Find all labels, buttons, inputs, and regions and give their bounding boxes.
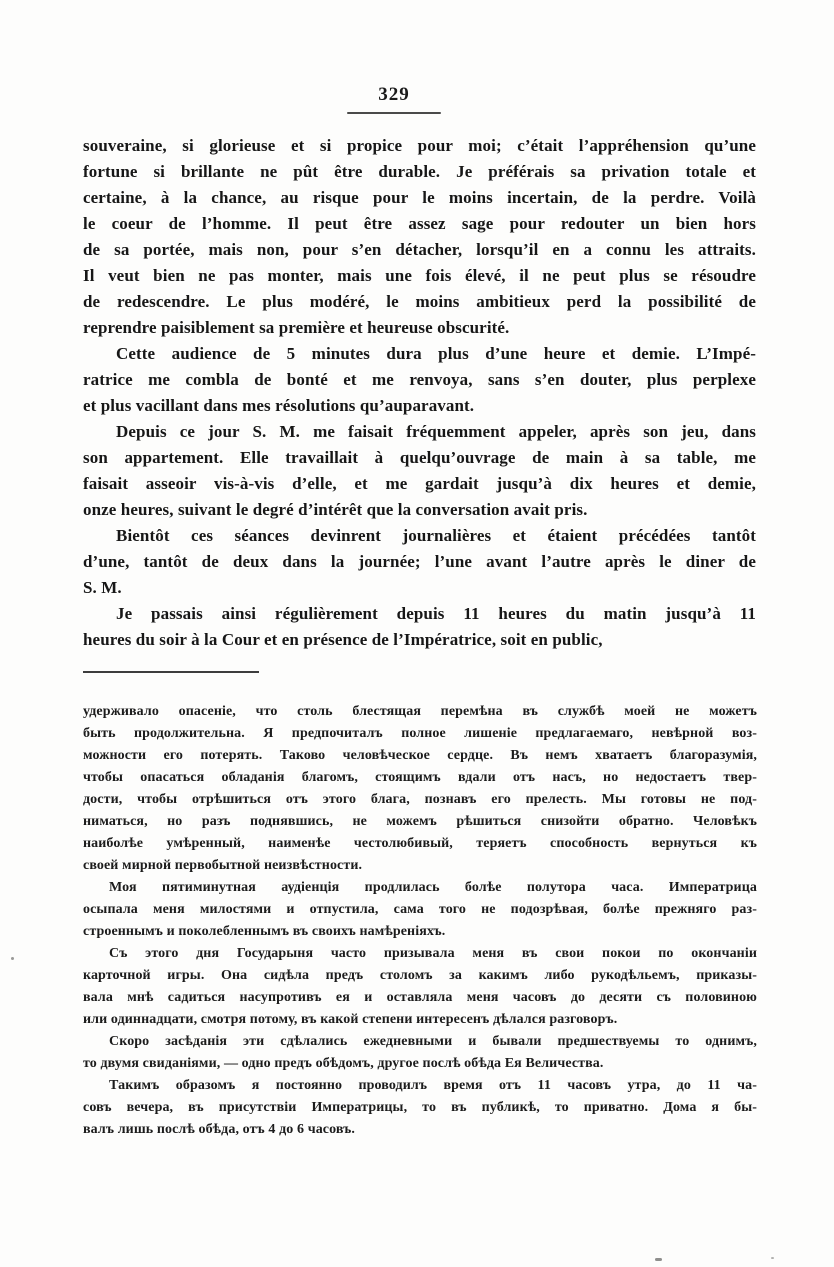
- scanned-book-page: 329 souveraine, si glorieuse et si propi…: [0, 0, 834, 1267]
- text-line: le coeur de l’homme. Il peut être assez …: [83, 211, 756, 237]
- text-line: son appartement. Elle travaillait à quel…: [83, 445, 756, 471]
- text-line: de sa portée, mais non, pour s’en détach…: [83, 237, 756, 263]
- text-line: Скоро засѣданія эти сдѣлались ежедневным…: [83, 1031, 757, 1053]
- text-line: удерживало опасеніе, что столь блестящая…: [83, 701, 757, 723]
- text-line: Съ этого дня Государыня часто призывала …: [83, 943, 757, 965]
- main-text-french: souveraine, si glorieuse et si propice p…: [83, 133, 756, 653]
- paragraph: souveraine, si glorieuse et si propice p…: [83, 133, 756, 341]
- text-line: d’une, tantôt de deux dans la journée; l…: [83, 549, 756, 575]
- page-number: 329: [337, 84, 451, 106]
- text-line: et plus vacillant dans mes résolutions q…: [83, 393, 756, 419]
- text-line: наиболѣе умѣренный, наименѣе честолюбивы…: [83, 833, 757, 855]
- footnote-separator: [83, 671, 259, 673]
- text-line: faisait asseoir vis-à-vis d’elle, et me …: [83, 471, 756, 497]
- page-number-rule: [347, 112, 441, 114]
- text-line: certaine, à la chance, au risque pour le…: [83, 185, 756, 211]
- text-line: Моя пятиминутная аудіенція продлилась бо…: [83, 877, 757, 899]
- paragraph: удерживало опасеніе, что столь блестящая…: [83, 701, 757, 877]
- text-line: ratrice me combla de bonté et me renvoya…: [83, 367, 756, 393]
- text-line: то двумя свиданіями, — одно предъ обѣдом…: [83, 1053, 757, 1075]
- text-line: reprendre paisiblement sa première et he…: [83, 315, 756, 341]
- text-line: Il veut bien ne pas monter, mais une foi…: [83, 263, 756, 289]
- text-line: или одиннадцати, смотря потому, въ какой…: [83, 1009, 757, 1031]
- text-line: вала мнѣ садиться насупротивъ ея и остав…: [83, 987, 757, 1009]
- paragraph: Depuis ce jour S. M. me faisait fréquemm…: [83, 419, 756, 523]
- footnote-text-russian: удерживало опасеніе, что столь блестящая…: [83, 701, 757, 1141]
- text-line: валъ лишь послѣ обѣда, отъ 4 до 6 часовъ…: [83, 1119, 757, 1141]
- paragraph: Моя пятиминутная аудіенція продлилась бо…: [83, 877, 757, 943]
- text-line: своей мирной первобытной неизвѣстности.: [83, 855, 757, 877]
- text-line: быть продолжительна. Я предпочиталъ полн…: [83, 723, 757, 745]
- text-line: Depuis ce jour S. M. me faisait fréquemm…: [83, 419, 756, 445]
- text-line: souveraine, si glorieuse et si propice p…: [83, 133, 756, 159]
- text-line: heures du soir à la Cour et en présence …: [83, 627, 756, 653]
- text-line: fortune si brillante ne pût être durable…: [83, 159, 756, 185]
- text-line: осыпала меня милостями и отпустила, сама…: [83, 899, 757, 921]
- text-line: Bientôt ces séances devinrent journalièr…: [83, 523, 756, 549]
- text-line: Такимъ образомъ я постоянно проводилъ вр…: [83, 1075, 757, 1097]
- paragraph: Скоро засѣданія эти сдѣлались ежедневным…: [83, 1031, 757, 1075]
- scan-speck: [11, 957, 14, 960]
- text-line: Je passais ainsi régulièrement depuis 11…: [83, 601, 756, 627]
- text-line: строеннымъ и поколебленнымъ въ своихъ на…: [83, 921, 757, 943]
- text-line: de redescendre. Le plus modéré, le moins…: [83, 289, 756, 315]
- text-line: чтобы опасаться обладанія благомъ, стоящ…: [83, 767, 757, 789]
- text-line: можности его потерять. Таково человѣческ…: [83, 745, 757, 767]
- text-line: onze heures, suivant le degré d’intérêt …: [83, 497, 756, 523]
- text-line: Cette audience de 5 minutes dura plus d’…: [83, 341, 756, 367]
- paragraph: Такимъ образомъ я постоянно проводилъ вр…: [83, 1075, 757, 1141]
- text-line: дости, чтобы отрѣшиться отъ этого блага,…: [83, 789, 757, 811]
- scan-speck: [771, 1257, 774, 1259]
- paragraph: Je passais ainsi régulièrement depuis 11…: [83, 601, 756, 653]
- text-line: карточной игры. Она сидѣла предъ столомъ…: [83, 965, 757, 987]
- text-line: совъ вечера, въ присутствіи Императрицы,…: [83, 1097, 757, 1119]
- paragraph: Съ этого дня Государыня часто призывала …: [83, 943, 757, 1031]
- text-line: ниматься, но разъ поднявшись, не можемъ …: [83, 811, 757, 833]
- scan-speck: [655, 1258, 662, 1261]
- paragraph: Bientôt ces séances devinrent journalièr…: [83, 523, 756, 601]
- text-line: S. M.: [83, 575, 756, 601]
- paragraph: Cette audience de 5 minutes dura plus d’…: [83, 341, 756, 419]
